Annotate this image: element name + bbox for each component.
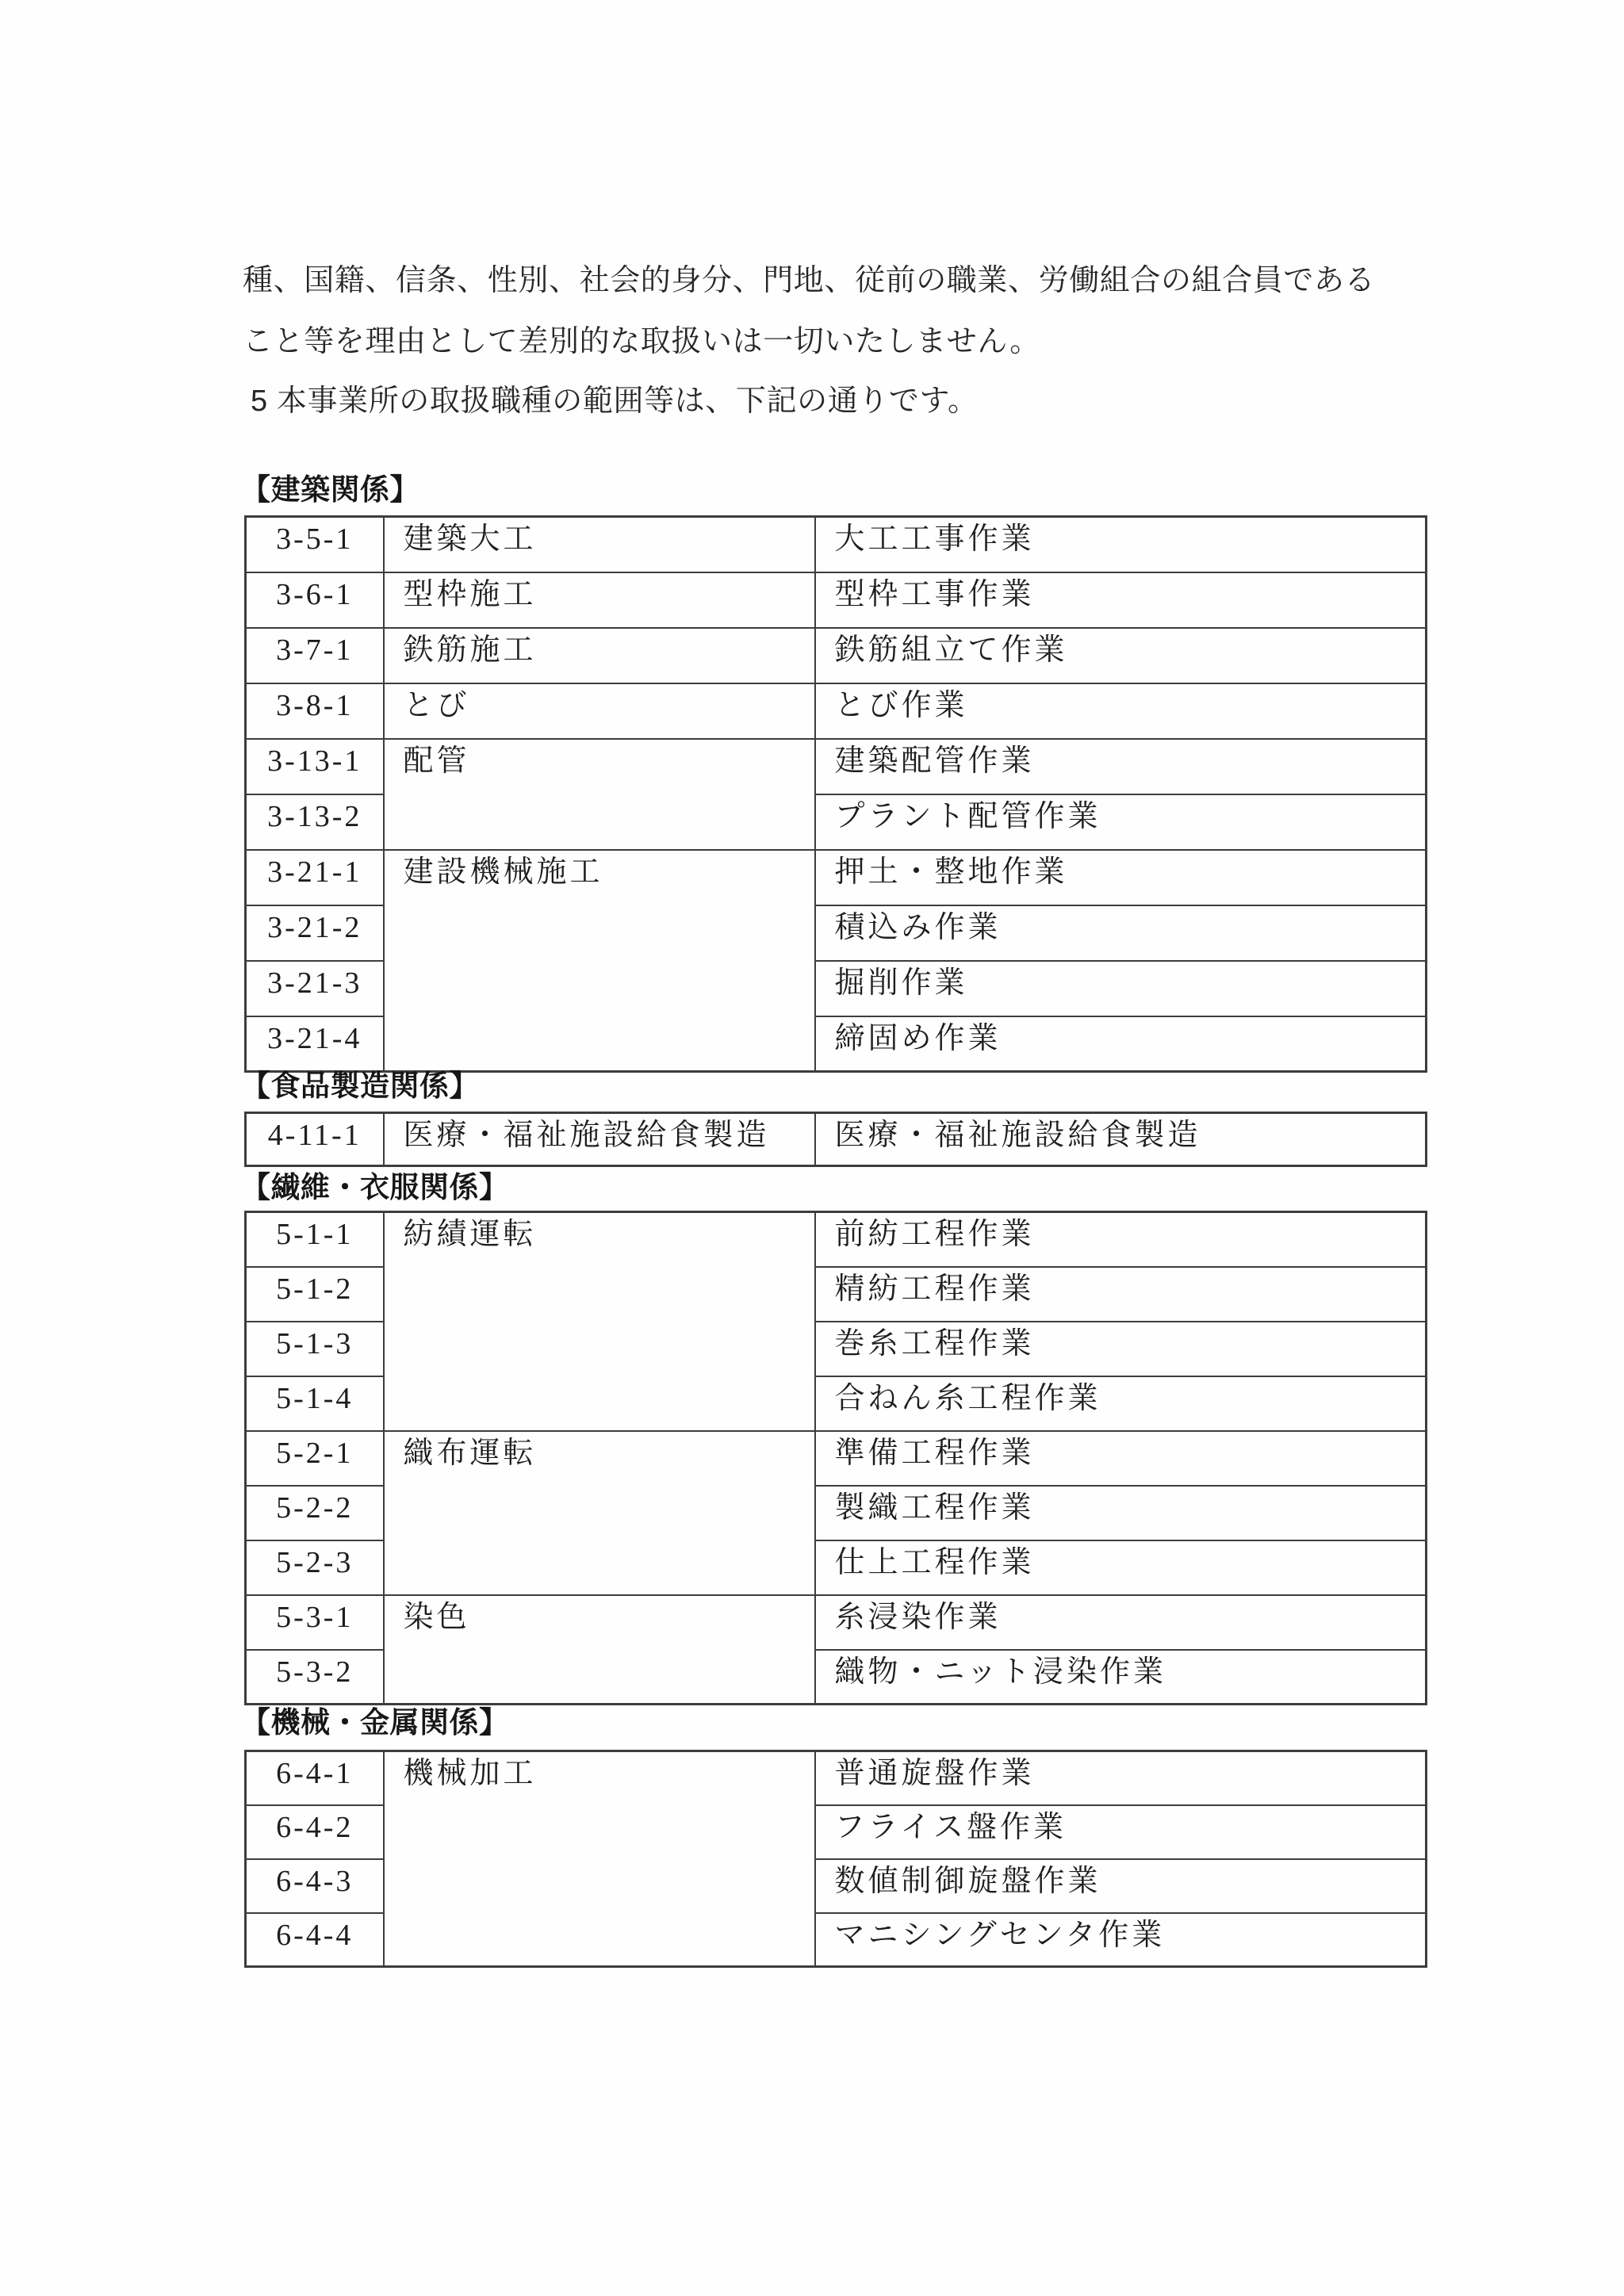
work-cell: 合ねん糸工程作業 [815, 1376, 1427, 1431]
table-row: 3-8-1 とび とび作業 [246, 683, 1427, 739]
paragraph-line-1: 種、国籍、信条、性別、社会的身分、門地、従前の職業、労働組合の組合員である [243, 262, 1375, 299]
table-row: 3-7-1 鉄筋施工 鉄筋組立て作業 [246, 628, 1427, 683]
code-cell: 3-13-2 [246, 794, 384, 850]
work-cell: とび作業 [815, 683, 1427, 739]
work-cell: マニシングセンタ作業 [815, 1913, 1427, 1967]
table-row: 5-3-1 染色 糸浸染作業 [246, 1595, 1427, 1650]
code-cell: 3-21-3 [246, 961, 384, 1016]
table-row: 3-13-1 配管 建築配管作業 [246, 739, 1427, 794]
occupations-table-textile: 5-1-1 紡績運転 前紡工程作業 5-1-2 精紡工程作業 5-1-3 巻糸工… [244, 1211, 1427, 1705]
occupation-cell: 医療・福祉施設給食製造 [384, 1113, 815, 1166]
code-cell: 6-4-1 [246, 1751, 384, 1805]
work-cell: 精紡工程作業 [815, 1267, 1427, 1322]
code-cell: 5-2-2 [246, 1486, 384, 1540]
work-cell: 押土・整地作業 [815, 850, 1427, 905]
code-cell: 6-4-4 [246, 1913, 384, 1967]
table-row: 5-1-1 紡績運転 前紡工程作業 [246, 1212, 1427, 1267]
occupations-table-food: 4-11-1 医療・福祉施設給食製造 医療・福祉施設給食製造 [244, 1112, 1427, 1167]
occupation-cell: 配管 [384, 739, 815, 850]
work-cell: 建築配管作業 [815, 739, 1427, 794]
section-heading-textile: 【繊維・衣服関係】 [241, 1171, 509, 1204]
paragraph-line-3: 5 本事業所の取扱職種の範囲等は、下記の通りです。 [251, 383, 979, 419]
code-cell: 5-3-1 [246, 1595, 384, 1650]
paragraph-line-2: こと等を理由として差別的な取扱いは一切いたしません。 [243, 323, 1040, 360]
code-cell: 5-2-1 [246, 1431, 384, 1486]
code-cell: 5-1-2 [246, 1267, 384, 1322]
occupation-cell: 鉄筋施工 [384, 628, 815, 683]
work-cell: 医療・福祉施設給食製造 [815, 1113, 1427, 1166]
work-cell: 鉄筋組立て作業 [815, 628, 1427, 683]
code-cell: 5-1-4 [246, 1376, 384, 1431]
table-row: 6-4-1 機械加工 普通旋盤作業 [246, 1751, 1427, 1805]
occupation-cell: とび [384, 683, 815, 739]
occupation-cell: 建築大工 [384, 517, 815, 572]
code-cell: 5-3-2 [246, 1650, 384, 1705]
work-cell: 掘削作業 [815, 961, 1427, 1016]
work-cell: 型枠工事作業 [815, 572, 1427, 628]
code-cell: 3-21-2 [246, 905, 384, 961]
occupation-cell: 紡績運転 [384, 1212, 815, 1431]
work-cell: 巻糸工程作業 [815, 1322, 1427, 1376]
code-cell: 4-11-1 [246, 1113, 384, 1166]
table-row: 5-2-1 織布運転 準備工程作業 [246, 1431, 1427, 1486]
work-cell: 締固め作業 [815, 1016, 1427, 1072]
work-cell: 大工工事作業 [815, 517, 1427, 572]
work-cell: 仕上工程作業 [815, 1540, 1427, 1595]
code-cell: 5-1-3 [246, 1322, 384, 1376]
work-cell: フライス盤作業 [815, 1805, 1427, 1859]
work-cell: 製織工程作業 [815, 1486, 1427, 1540]
code-cell: 5-2-3 [246, 1540, 384, 1595]
code-cell: 3-5-1 [246, 517, 384, 572]
section-heading-machine: 【機械・金属関係】 [241, 1706, 509, 1739]
table-row: 3-21-1 建設機械施工 押土・整地作業 [246, 850, 1427, 905]
section-heading-food: 【食品製造関係】 [241, 1070, 479, 1103]
code-cell: 3-21-1 [246, 850, 384, 905]
occupation-cell: 織布運転 [384, 1431, 815, 1595]
occupation-cell: 染色 [384, 1595, 815, 1705]
occupation-cell: 型枠施工 [384, 572, 815, 628]
occupation-cell: 建設機械施工 [384, 850, 815, 1072]
code-cell: 6-4-2 [246, 1805, 384, 1859]
table-row: 3-6-1 型枠施工 型枠工事作業 [246, 572, 1427, 628]
code-cell: 3-13-1 [246, 739, 384, 794]
code-cell: 5-1-1 [246, 1212, 384, 1267]
work-cell: 普通旋盤作業 [815, 1751, 1427, 1805]
work-cell: 糸浸染作業 [815, 1595, 1427, 1650]
code-cell: 3-21-4 [246, 1016, 384, 1072]
work-cell: 織物・ニット浸染作業 [815, 1650, 1427, 1705]
table-row: 3-5-1 建築大工 大工工事作業 [246, 517, 1427, 572]
section-heading-construction: 【建築関係】 [241, 473, 419, 507]
code-cell: 3-8-1 [246, 683, 384, 739]
work-cell: 準備工程作業 [815, 1431, 1427, 1486]
code-cell: 3-6-1 [246, 572, 384, 628]
code-cell: 3-7-1 [246, 628, 384, 683]
code-cell: 6-4-3 [246, 1859, 384, 1913]
table-row: 4-11-1 医療・福祉施設給食製造 医療・福祉施設給食製造 [246, 1113, 1427, 1166]
work-cell: 前紡工程作業 [815, 1212, 1427, 1267]
work-cell: 積込み作業 [815, 905, 1427, 961]
work-cell: 数値制御旋盤作業 [815, 1859, 1427, 1913]
document-page: 種、国籍、信条、性別、社会的身分、門地、従前の職業、労働組合の組合員である こと… [0, 0, 1624, 2296]
occupations-table-construction: 3-5-1 建築大工 大工工事作業 3-6-1 型枠施工 型枠工事作業 3-7-… [244, 515, 1427, 1073]
occupation-cell: 機械加工 [384, 1751, 815, 1967]
work-cell: プラント配管作業 [815, 794, 1427, 850]
occupations-table-machine: 6-4-1 機械加工 普通旋盤作業 6-4-2 フライス盤作業 6-4-3 数値… [244, 1750, 1427, 1968]
